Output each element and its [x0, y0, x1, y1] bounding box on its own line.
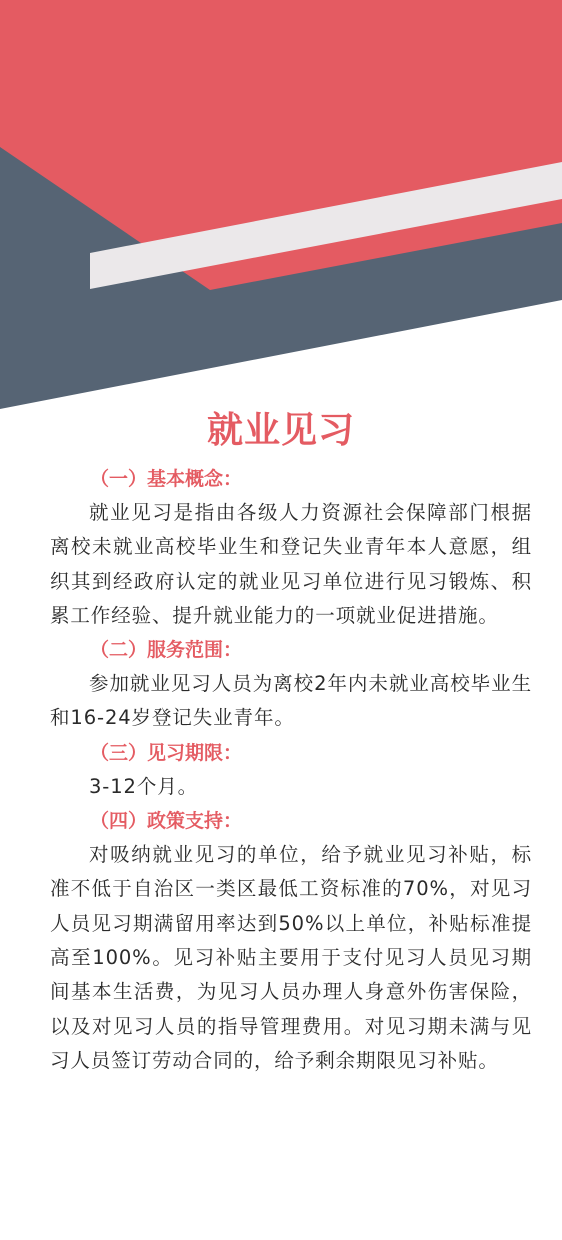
section-policy-support: （四）政策支持： 对吸纳就业见习的单位，给予就业见习补贴，标准不低于自治区一类区…: [50, 804, 532, 1078]
section-heading: （二）服务范围：: [50, 633, 532, 667]
section-heading: （一）基本概念：: [50, 462, 532, 496]
section-heading: （四）政策支持：: [50, 804, 532, 838]
section-body: 对吸纳就业见习的单位，给予就业见习补贴，标准不低于自治区一类区最低工资标准的70…: [50, 838, 532, 1078]
section-service-scope: （二）服务范围： 参加就业见习人员为离校2年内未就业高校毕业生和16-24岁登记…: [50, 633, 532, 736]
section-internship-period: （三）见习期限： 3-12个月。: [50, 736, 532, 804]
content: （一）基本概念： 就业见习是指由各级人力资源社会保障部门根据离校未就业高校毕业生…: [50, 462, 532, 1078]
page-title: 就业见习: [0, 402, 562, 453]
section-body: 3-12个月。: [50, 770, 532, 804]
section-body: 参加就业见习人员为离校2年内未就业高校毕业生和16-24岁登记失业青年。: [50, 667, 532, 736]
section-body: 就业见习是指由各级人力资源社会保障部门根据离校未就业高校毕业生和登记失业青年本人…: [50, 496, 532, 633]
section-heading: （三）见习期限：: [50, 736, 532, 770]
decorative-banner: [0, 0, 562, 420]
section-basic-concept: （一）基本概念： 就业见习是指由各级人力资源社会保障部门根据离校未就业高校毕业生…: [50, 462, 532, 633]
